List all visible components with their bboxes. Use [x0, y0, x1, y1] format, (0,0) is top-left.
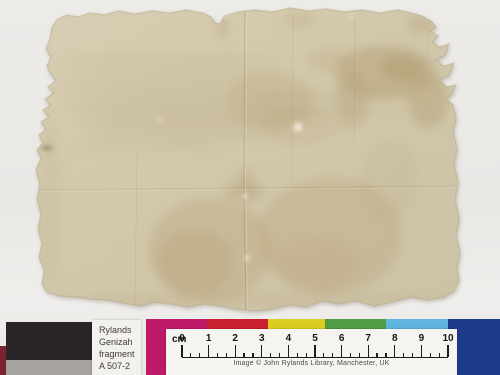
ruler-baseline — [182, 357, 448, 358]
ruler-tick-cm — [235, 345, 236, 357]
ruler-tick-cm — [314, 345, 315, 357]
shelfmark-line: A 507-2 — [99, 360, 141, 372]
ruler-number-10: 10 — [438, 333, 458, 344]
ruler-number-1: 1 — [199, 333, 219, 344]
color-patch-grey — [6, 360, 92, 375]
ruler-number-9: 9 — [411, 333, 431, 344]
shelfmark-line: Rylands — [99, 324, 141, 336]
ruler-tick-cm — [288, 345, 289, 357]
ruler-number-2: 2 — [225, 333, 245, 344]
shelfmark-line: Genizah — [99, 336, 141, 348]
ruler-tick-cm — [421, 345, 422, 357]
ruler-tick-cm — [368, 345, 369, 357]
ruler-tick-cm — [208, 345, 209, 357]
ruler-tick-cm — [394, 345, 395, 357]
ruler-number-5: 5 — [305, 333, 325, 344]
color-patch-black — [6, 322, 92, 360]
photograph-stage: Rylands Genizah fragment A 507-2 cm 0123… — [0, 0, 500, 375]
ruler-tick-cm — [341, 345, 342, 357]
ruler-tick-cm — [447, 345, 448, 357]
ruler-number-7: 7 — [358, 333, 378, 344]
ruler-tick-cm — [181, 345, 182, 357]
ruler-number-4: 4 — [278, 333, 298, 344]
ruler-number-8: 8 — [385, 333, 405, 344]
shelfmark-line: fragment — [99, 348, 141, 360]
shelfmark-label-card: Rylands Genizah fragment A 507-2 — [92, 320, 141, 375]
ruler-number-3: 3 — [252, 333, 272, 344]
ruler-tick-cm — [261, 345, 262, 357]
cm-scale-card: cm 012345678910 Image © John Rylands Lib… — [166, 329, 457, 375]
copyright-text: Image © John Rylands Library, Manchester… — [166, 360, 457, 367]
ruler-number-0: 0 — [172, 333, 192, 344]
ruler-number-6: 6 — [332, 333, 352, 344]
